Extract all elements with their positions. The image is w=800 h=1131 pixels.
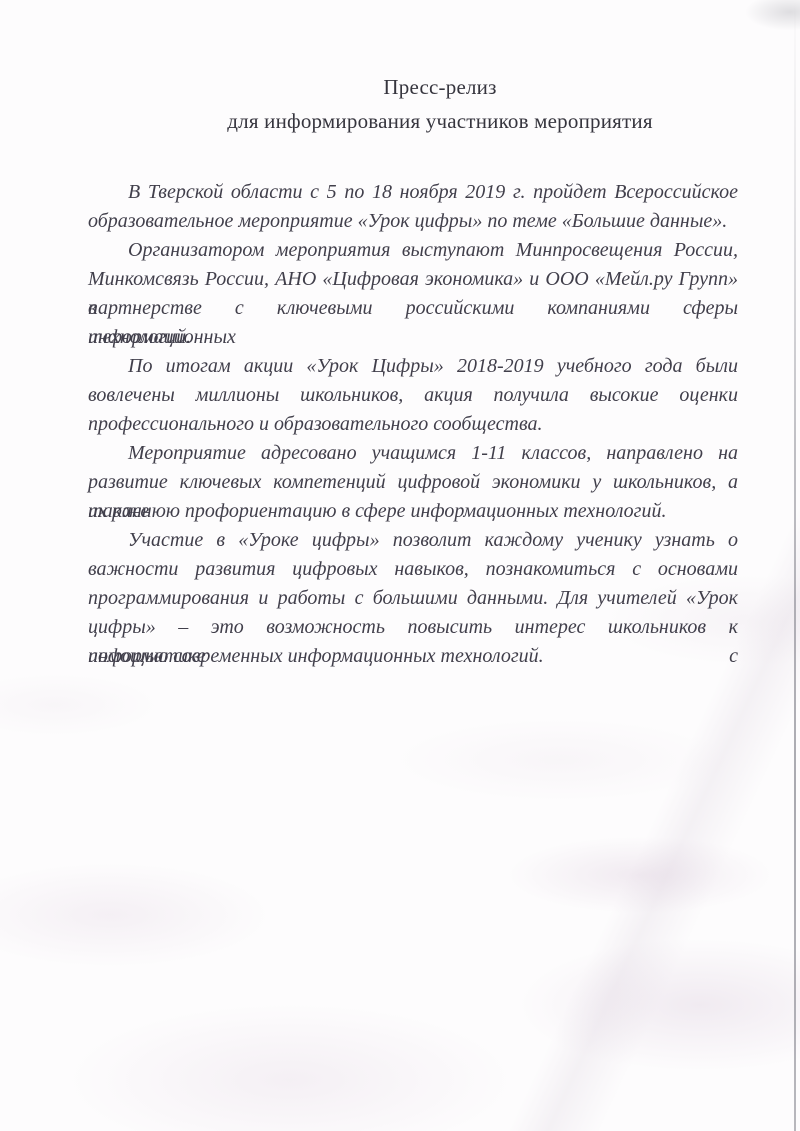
text-line: технологий. xyxy=(88,323,738,352)
text-line: важности развития цифровых навыков, позн… xyxy=(88,555,738,584)
text-line: По итогам акции «Урок Цифры» 2018-2019 у… xyxy=(88,352,738,381)
document-headings: Пресс-релиз для информирования участнико… xyxy=(142,74,738,134)
text-line: программирования и работы с большими дан… xyxy=(88,584,738,613)
document-title: Пресс-релиз xyxy=(142,74,738,100)
text-line: цифры» – это возможность повысить интере… xyxy=(88,613,738,642)
document-subtitle: для информирования участников мероприяти… xyxy=(142,108,738,134)
scanned-document-page: Пресс-релиз для информирования участнико… xyxy=(0,0,800,1131)
text-line: партнерстве с ключевыми российскими комп… xyxy=(88,294,738,323)
text-line: развитие ключевых компетенций цифровой э… xyxy=(88,468,738,497)
text-line: Мероприятие адресовано учащимся 1-11 кла… xyxy=(88,439,738,468)
text-line: профессионального и образовательного соо… xyxy=(88,410,738,439)
text-line: Участие в «Уроке цифры» позволит каждому… xyxy=(88,526,738,555)
document-content: Пресс-релиз для информирования участнико… xyxy=(0,0,800,671)
text-line: их раннюю профориентацию в сфере информа… xyxy=(88,497,738,526)
text-line: В Тверской области с 5 по 18 ноября 2019… xyxy=(88,178,738,207)
text-line: образовательное мероприятие «Урок цифры»… xyxy=(88,207,738,236)
text-line: вовлечены миллионы школьников, акция пол… xyxy=(88,381,738,410)
text-line: Минкомсвязь России, АНО «Цифровая эконом… xyxy=(88,265,738,294)
document-body: В Тверской области с 5 по 18 ноября 2019… xyxy=(88,178,738,671)
text-line: Организатором мероприятия выступают Минп… xyxy=(88,236,738,265)
